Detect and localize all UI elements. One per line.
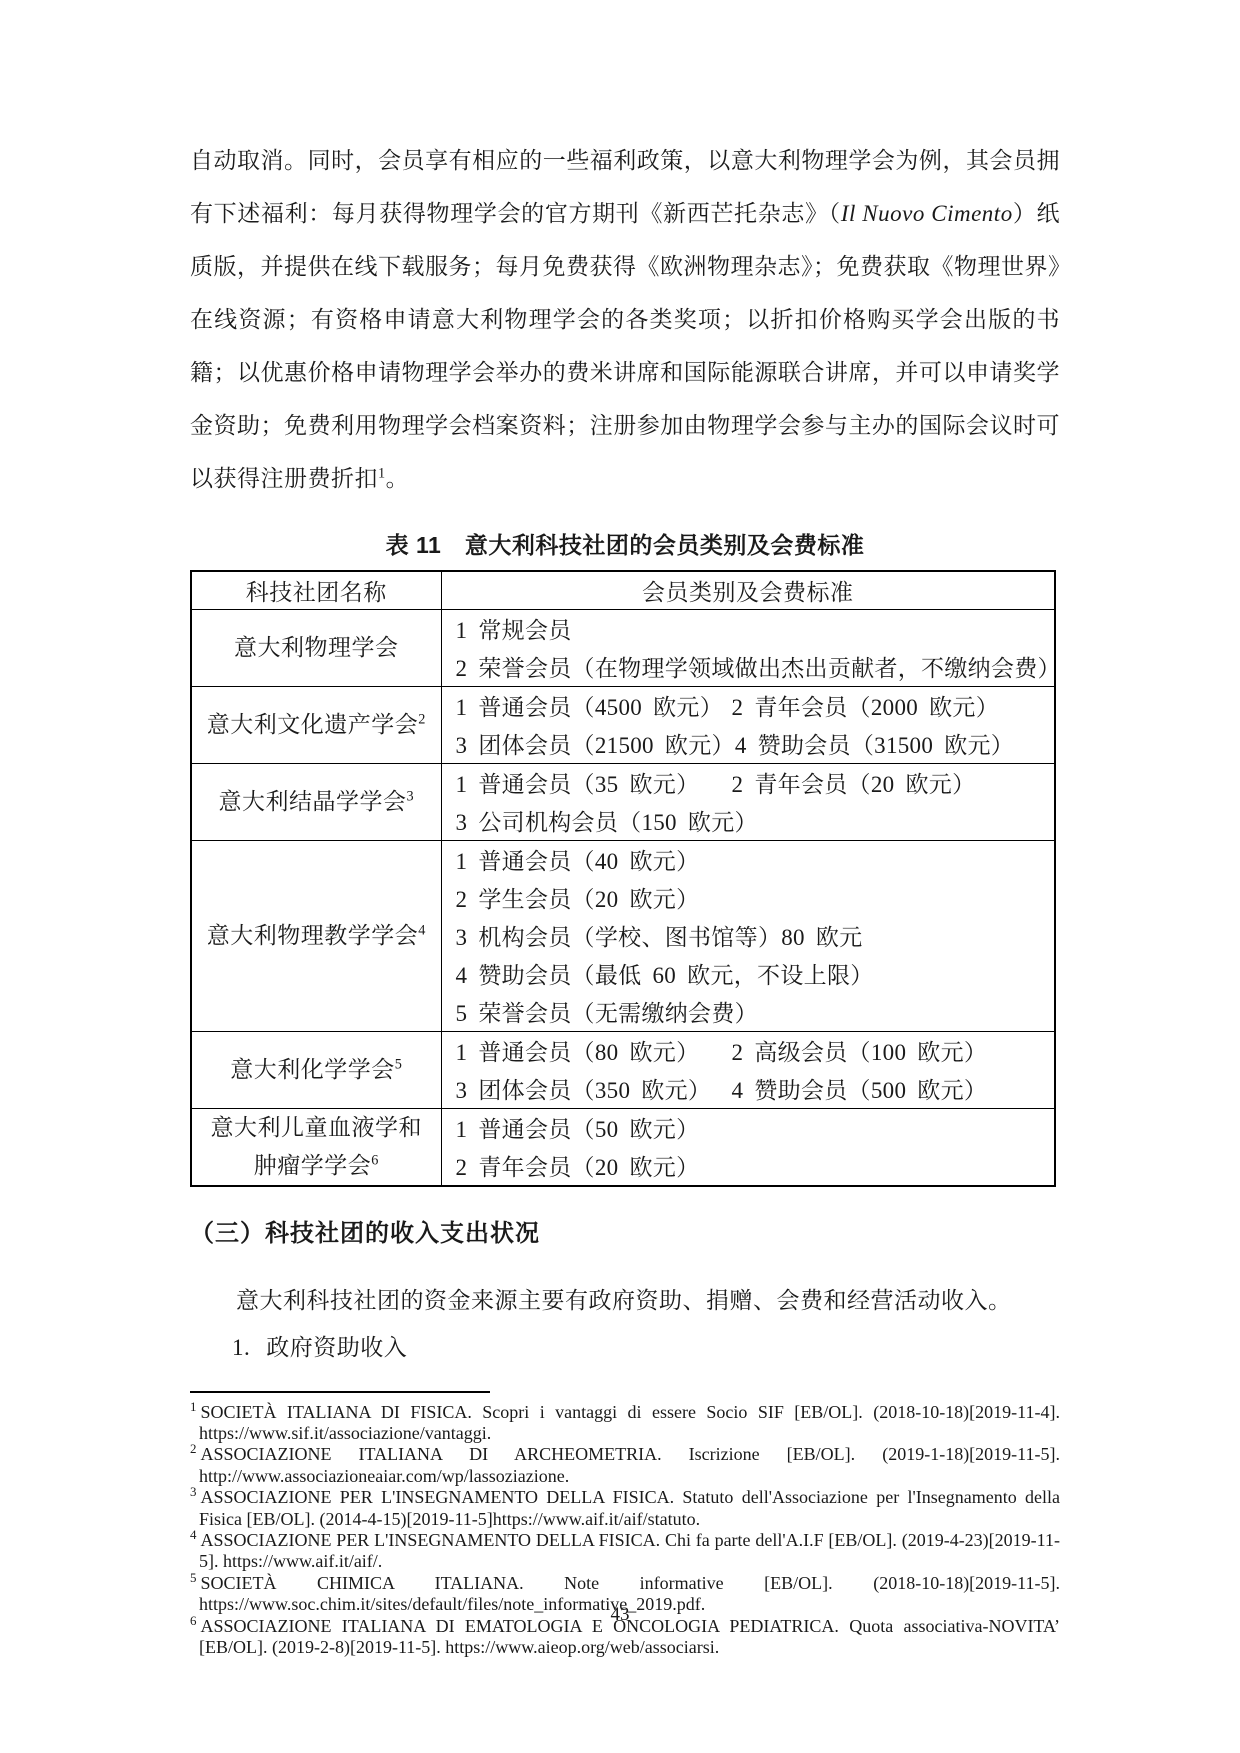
membership-line: 2 青年会员（20 欧元） — [456, 1147, 1055, 1185]
membership-line: 1 常规会员 — [456, 610, 1055, 648]
footnote-reference: 4 — [418, 922, 426, 938]
membership-line: 1 普通会员（40 欧元） — [456, 841, 1055, 879]
footnote-separator — [190, 1391, 490, 1393]
numbered-list-item: 1.政府资助收入 — [190, 1333, 1060, 1363]
journal-name-italic: Il Nuovo Cimento — [841, 201, 1013, 226]
footnote-4: 4ASSOCIAZIONE PER L'INSEGNAMENTO DELLA F… — [190, 1530, 1060, 1573]
footnote-reference: 5 — [395, 1056, 403, 1072]
page-number: 43 — [0, 1604, 1240, 1626]
membership-line: 3 团体会员（350 欧元）4 赞助会员（500 欧元） — [456, 1070, 1055, 1108]
table-row: 意大利结晶学学会3 1 普通会员（35 欧元）2 青年会员（20 欧元） 3 公… — [191, 763, 1055, 840]
paragraph-text: ）纸质版，并提供在线下载服务；每月免费获得《欧洲物理杂志》；免费获取《物理世界》… — [190, 201, 1060, 491]
table-row: 意大利物理教学学会4 1 普通会员（40 欧元） 2 学生会员（20 欧元） 3… — [191, 840, 1055, 1031]
footnote-3: 3ASSOCIAZIONE PER L'INSEGNAMENTO DELLA F… — [190, 1487, 1060, 1530]
membership-line: 1 普通会员（4500 欧元）2 青年会员（2000 欧元） — [456, 687, 1055, 725]
list-label: 政府资助收入 — [266, 1335, 407, 1360]
membership-line: 1 普通会员（35 欧元）2 青年会员（20 欧元） — [456, 764, 1055, 802]
society-name: 意大利化学学会5 — [191, 1031, 441, 1108]
section-paragraph: 意大利科技社团的资金来源主要有政府资助、捐赠、会费和经营活动收入。 — [190, 1281, 1060, 1321]
membership-line: 3 团体会员（21500 欧元）4 赞助会员（31500 欧元） — [456, 725, 1055, 763]
membership-line: 1 普通会员（50 欧元） — [456, 1109, 1055, 1147]
membership-line: 4 赞助会员（最低 60 欧元，不设上限） — [456, 955, 1055, 993]
footnote-reference-1: 1 — [378, 465, 386, 481]
membership-fee-table: 科技社团名称 会员类别及会费标准 意大利物理学会 1 常规会员 2 荣誉会员（在… — [190, 570, 1056, 1187]
table-caption: 表 11 意大利科技社团的会员类别及会费标准 — [190, 529, 1060, 561]
footnote-number: 2 — [190, 1441, 196, 1456]
membership-line: 3 公司机构会员（150 欧元） — [456, 802, 1055, 840]
content-column: 自动取消。同时，会员享有相应的一些福利政策，以意大利物理学会为例，其会员拥有下述… — [190, 0, 1060, 1658]
society-name: 意大利物理教学学会4 — [191, 840, 441, 1031]
footnote-2: 2ASSOCIAZIONE ITALIANA DI ARCHEOMETRIA. … — [190, 1444, 1060, 1487]
society-name: 意大利儿童血液学和肿瘤学学会6 — [191, 1108, 441, 1186]
membership-cell: 1 普通会员（50 欧元） 2 青年会员（20 欧元） — [441, 1108, 1055, 1186]
membership-line: 3 机构会员（学校、图书馆等）80 欧元 — [456, 917, 1055, 955]
header-society-name: 科技社团名称 — [191, 571, 441, 609]
footnote-reference: 6 — [371, 1152, 379, 1168]
footnote-reference: 2 — [418, 711, 426, 727]
society-name: 意大利文化遗产学会2 — [191, 686, 441, 763]
footnote-number: 1 — [190, 1399, 196, 1414]
society-name: 意大利物理学会 — [191, 609, 441, 686]
body-paragraph: 自动取消。同时，会员享有相应的一些福利政策，以意大利物理学会为例，其会员拥有下述… — [190, 134, 1060, 505]
footnote-number: 5 — [190, 1570, 196, 1585]
table-row: 意大利物理学会 1 常规会员 2 荣誉会员（在物理学领域做出杰出贡献者，不缴纳会… — [191, 609, 1055, 686]
footnote-1: 1SOCIETÀ ITALIANA DI FISICA. Scopri i va… — [190, 1402, 1060, 1445]
footnote-number: 4 — [190, 1527, 196, 1542]
footnote-number: 3 — [190, 1484, 196, 1499]
membership-line: 2 荣誉会员（在物理学领域做出杰出贡献者，不缴纳会费） — [456, 648, 1055, 686]
paragraph-text: 。 — [386, 466, 410, 491]
membership-cell: 1 普通会员（40 欧元） 2 学生会员（20 欧元） 3 机构会员（学校、图书… — [441, 840, 1055, 1031]
header-membership: 会员类别及会费标准 — [441, 571, 1055, 609]
society-name: 意大利结晶学学会3 — [191, 763, 441, 840]
section-heading: （三）科技社团的收入支出状况 — [190, 1217, 1060, 1251]
membership-line: 5 荣誉会员（无需缴纳会费） — [456, 993, 1055, 1031]
table-header-row: 科技社团名称 会员类别及会费标准 — [191, 571, 1055, 609]
membership-cell: 1 普通会员（80 欧元）2 高级会员（100 欧元） 3 团体会员（350 欧… — [441, 1031, 1055, 1108]
list-number: 1. — [232, 1335, 250, 1360]
membership-line: 1 普通会员（80 欧元）2 高级会员（100 欧元） — [456, 1032, 1055, 1070]
table-row: 意大利文化遗产学会2 1 普通会员（4500 欧元）2 青年会员（2000 欧元… — [191, 686, 1055, 763]
membership-cell: 1 普通会员（4500 欧元）2 青年会员（2000 欧元） 3 团体会员（21… — [441, 686, 1055, 763]
document-page: 自动取消。同时，会员享有相应的一些福利政策，以意大利物理学会为例，其会员拥有下述… — [0, 0, 1240, 1753]
footnote-reference: 3 — [406, 788, 414, 804]
table-row: 意大利化学学会5 1 普通会员（80 欧元）2 高级会员（100 欧元） 3 团… — [191, 1031, 1055, 1108]
membership-cell: 1 常规会员 2 荣誉会员（在物理学领域做出杰出贡献者，不缴纳会费） — [441, 609, 1055, 686]
membership-line: 2 学生会员（20 欧元） — [456, 879, 1055, 917]
membership-cell: 1 普通会员（35 欧元）2 青年会员（20 欧元） 3 公司机构会员（150 … — [441, 763, 1055, 840]
table-row: 意大利儿童血液学和肿瘤学学会6 1 普通会员（50 欧元） 2 青年会员（20 … — [191, 1108, 1055, 1186]
